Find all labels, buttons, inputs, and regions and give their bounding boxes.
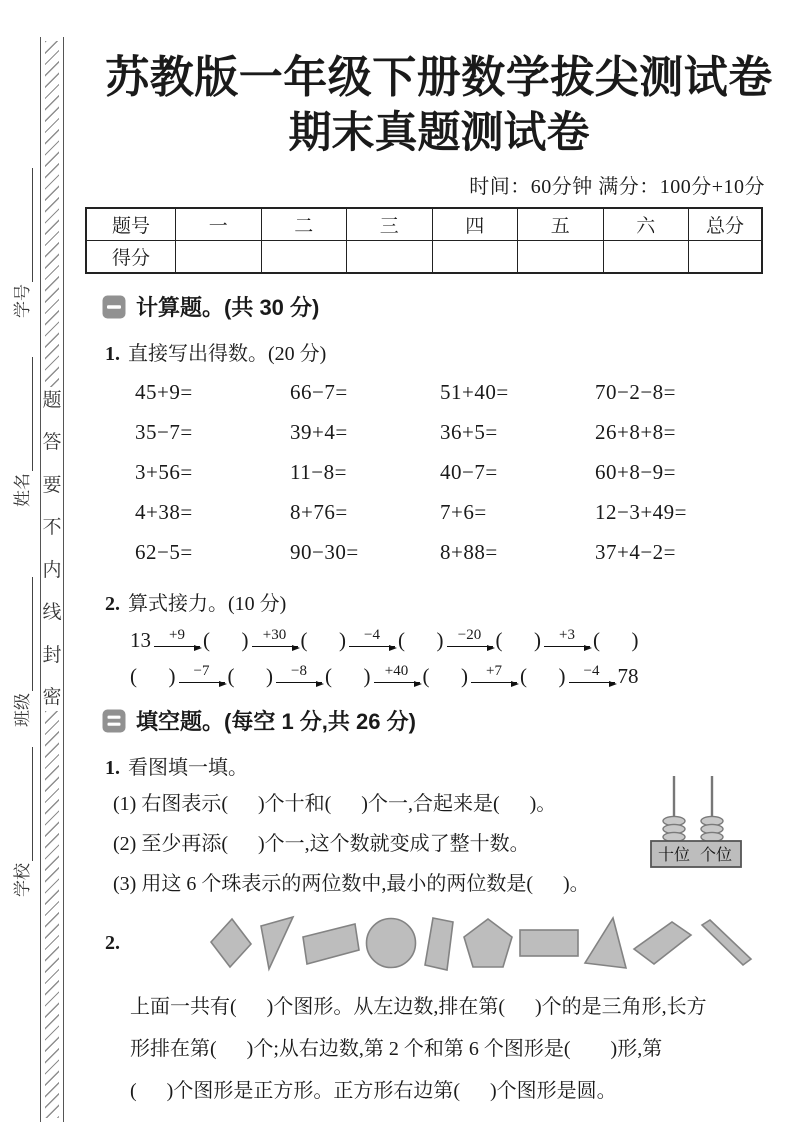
seal-char: 不	[42, 518, 61, 537]
col-six: 六	[603, 208, 689, 241]
equation: 62−5=	[135, 532, 290, 572]
exam-paper-page: 学号 姓名 班级 学校 题 答 要 不 内 线 封 密 苏教版一年级下册数学拔尖…	[0, 0, 793, 1122]
col-three: 三	[347, 208, 433, 241]
equation: 35−7=	[135, 412, 290, 452]
relay-chain-row-1: 13 +9 ( ) +30 ( ) −4 ( ) −20 ( ) +3 ( )	[130, 628, 793, 652]
arrow-right-icon: +9	[154, 628, 200, 652]
equation: 11−8=	[290, 452, 440, 492]
answer-blank: ( )	[496, 629, 542, 652]
section-one-header: 计算题。(共 30 分)	[102, 291, 793, 322]
section-two-title: 填空题。(每空 1 分,共 26 分)	[136, 705, 416, 736]
score-table-header-row: 题号 一 二 三 四 五 六 总分	[86, 208, 762, 241]
figure-narrow-triangle	[257, 914, 297, 972]
score-cell	[432, 241, 518, 274]
abacus-icon: 十位 个位	[648, 770, 744, 870]
equation: 12−3+49=	[595, 492, 793, 532]
arrow-operation-label: +40	[385, 664, 408, 679]
score-cell	[603, 241, 689, 274]
time-and-score-info: 时间：60分钟 满分：100分+10分	[85, 170, 793, 199]
seal-char: 题	[42, 391, 61, 410]
equation: 66−7=	[290, 372, 440, 412]
arrow-operation-label: −4	[584, 664, 600, 679]
equation: 8+88=	[440, 532, 595, 572]
school-blank-line	[6, 747, 33, 861]
arrow-right-icon: +30	[252, 628, 298, 652]
answer-blank: ( )	[593, 629, 639, 652]
class-field: 班级	[7, 577, 33, 727]
equation: 8+76=	[290, 492, 440, 532]
answer-blank: ( )	[228, 665, 274, 688]
question-2-2-text-line-2: 形排在第( )个;从右边数,第 2 个和第 6 个图形是( )形,第	[130, 1028, 770, 1070]
equation: 4+38=	[135, 492, 290, 532]
question-number: 2.	[105, 932, 120, 955]
equation: 60+8−9=	[595, 452, 793, 492]
arrow-right-icon: −20	[447, 628, 493, 652]
question-number: 1.	[105, 343, 120, 365]
equation: 90−30=	[290, 532, 440, 572]
figure-circle	[365, 915, 417, 971]
arithmetic-grid: 45+9= 66−7= 51+40= 70−2−8= 35−7= 39+4= 3…	[135, 372, 793, 572]
arrow-right-icon: −8	[276, 664, 322, 688]
arrow-operation-label: +9	[169, 628, 185, 643]
arrow-operation-label: −4	[364, 628, 380, 643]
name-field: 姓名	[7, 357, 33, 507]
abacus-tens-label: 十位	[658, 846, 690, 864]
score-cell	[261, 241, 347, 274]
equation: 39+4=	[290, 412, 440, 452]
question-1-1-title: 直接写出得数。(20 分)	[128, 343, 326, 365]
class-label: 班级	[14, 693, 33, 727]
equation: 37+4−2=	[595, 532, 793, 572]
seal-warning-text: 题 答 要 不 内 线 封 密	[41, 391, 63, 707]
arrow-operation-label: −7	[194, 664, 210, 679]
arrow-right-icon: −7	[179, 664, 225, 688]
question-2-2-row: 2.	[105, 914, 793, 972]
school-label: 学校	[14, 863, 33, 897]
section-one-badge-icon	[102, 295, 126, 319]
relay-chain-row-2: ( ) −7 ( ) −8 ( ) +40 ( ) +7 ( ) −4 78	[130, 664, 793, 688]
question-2-2-text-line-3: ( )个图形是正方形。正方形右边第( )个图形是圆。	[130, 1070, 770, 1112]
seal-char: 密	[42, 688, 61, 707]
arrow-operation-label: +7	[486, 664, 502, 679]
answer-blank: ( )	[398, 629, 444, 652]
student-id-field: 学号	[7, 168, 33, 318]
col-total: 总分	[689, 208, 763, 241]
equation: 26+8+8=	[595, 412, 793, 452]
score-cell	[347, 241, 433, 274]
equation: 45+9=	[135, 372, 290, 412]
name-blank-line	[6, 357, 33, 471]
chain-end-number: 78	[618, 665, 639, 688]
paper-subtitle: 期末真题测试卷	[85, 109, 793, 158]
section-two-badge-icon	[102, 709, 126, 733]
seal-char: 答	[42, 433, 61, 452]
answer-blank: ( )	[301, 629, 347, 652]
question-number-header: 题号	[86, 208, 176, 241]
abacus-beads-tens	[663, 816, 685, 841]
figure-rotated-rectangle	[300, 920, 362, 967]
score-table: 题号 一 二 三 四 五 六 总分 得分	[85, 207, 763, 274]
equation: 36+5=	[440, 412, 595, 452]
answer-blank: ( )	[325, 665, 371, 688]
arrow-right-icon: +7	[471, 664, 517, 688]
equation: 51+40=	[440, 372, 595, 412]
answer-blank: ( )	[130, 665, 176, 688]
paper-title: 苏教版一年级下册数学拔尖测试卷	[85, 52, 793, 105]
section-two-header: 填空题。(每空 1 分,共 26 分)	[102, 705, 793, 736]
question-1-2-title: 算式接力。(10 分)	[128, 593, 286, 615]
equation: 7+6=	[440, 492, 595, 532]
figure-rectangle	[518, 926, 580, 960]
score-cell	[689, 241, 763, 274]
answer-blank: ( )	[203, 629, 249, 652]
paper-content: 苏教版一年级下册数学拔尖测试卷 期末真题测试卷 时间：60分钟 满分：100分+…	[85, 0, 793, 1112]
section-one-title: 计算题。(共 30 分)	[136, 291, 319, 322]
score-table-score-row: 得分	[86, 241, 762, 274]
col-four: 四	[432, 208, 518, 241]
seal-char: 内	[42, 561, 61, 580]
arrow-operation-label: −20	[458, 628, 481, 643]
question-1-2-line: 2.算式接力。(10 分)	[105, 587, 793, 616]
col-two: 二	[261, 208, 347, 241]
arrow-operation-label: +30	[263, 628, 286, 643]
student-id-label: 学号	[14, 284, 33, 318]
figure-right-triangle	[583, 916, 629, 971]
col-five: 五	[518, 208, 604, 241]
question-2-2-text-line-1: 上面一共有( )个图形。从左边数,排在第( )个的是三角形,长方	[130, 986, 770, 1028]
figure-parallelogram	[632, 919, 694, 967]
seal-char: 要	[42, 476, 61, 495]
figure-pentagon	[461, 917, 515, 970]
question-1-1-line: 1.直接写出得数。(20 分)	[105, 337, 793, 366]
arrow-operation-label: +3	[559, 628, 575, 643]
shapes-row	[208, 914, 755, 972]
score-row-label: 得分	[86, 241, 176, 274]
equation: 3+56=	[135, 452, 290, 492]
abacus-ones-label: 个位	[700, 846, 732, 864]
arrow-right-icon: −4	[349, 628, 395, 652]
class-blank-line	[6, 577, 33, 691]
arrow-right-icon: −4	[569, 664, 615, 688]
equation: 70−2−8=	[595, 372, 793, 412]
answer-blank: ( )	[520, 665, 566, 688]
figure-diamond	[208, 916, 254, 970]
abacus-figure: 十位 个位	[648, 770, 744, 875]
seal-char: 封	[42, 646, 61, 665]
arrow-right-icon: +40	[374, 664, 420, 688]
arrow-operation-label: −8	[291, 664, 307, 679]
equation: 40−7=	[440, 452, 595, 492]
question-number: 1.	[105, 757, 120, 779]
score-cell	[518, 241, 604, 274]
name-label: 姓名	[14, 473, 33, 507]
hatch-pattern-top	[45, 41, 59, 387]
hatch-pattern-bottom	[45, 711, 59, 1118]
school-field: 学校	[7, 747, 33, 897]
score-cell	[176, 241, 262, 274]
arrow-right-icon: +3	[544, 628, 590, 652]
abacus-beads-ones	[701, 816, 723, 841]
seal-line-strip: 题 答 要 不 内 线 封 密	[40, 37, 64, 1122]
figure-tilted-rectangle	[420, 914, 458, 972]
col-one: 一	[176, 208, 262, 241]
figure-thin-bar	[697, 918, 755, 968]
question-number: 2.	[105, 593, 120, 615]
seal-char: 线	[42, 603, 61, 622]
answer-blank: ( )	[423, 665, 469, 688]
chain-start-number: 13	[130, 629, 151, 652]
student-id-blank-line	[6, 168, 33, 282]
question-2-1-title: 看图填一填。	[128, 757, 248, 779]
